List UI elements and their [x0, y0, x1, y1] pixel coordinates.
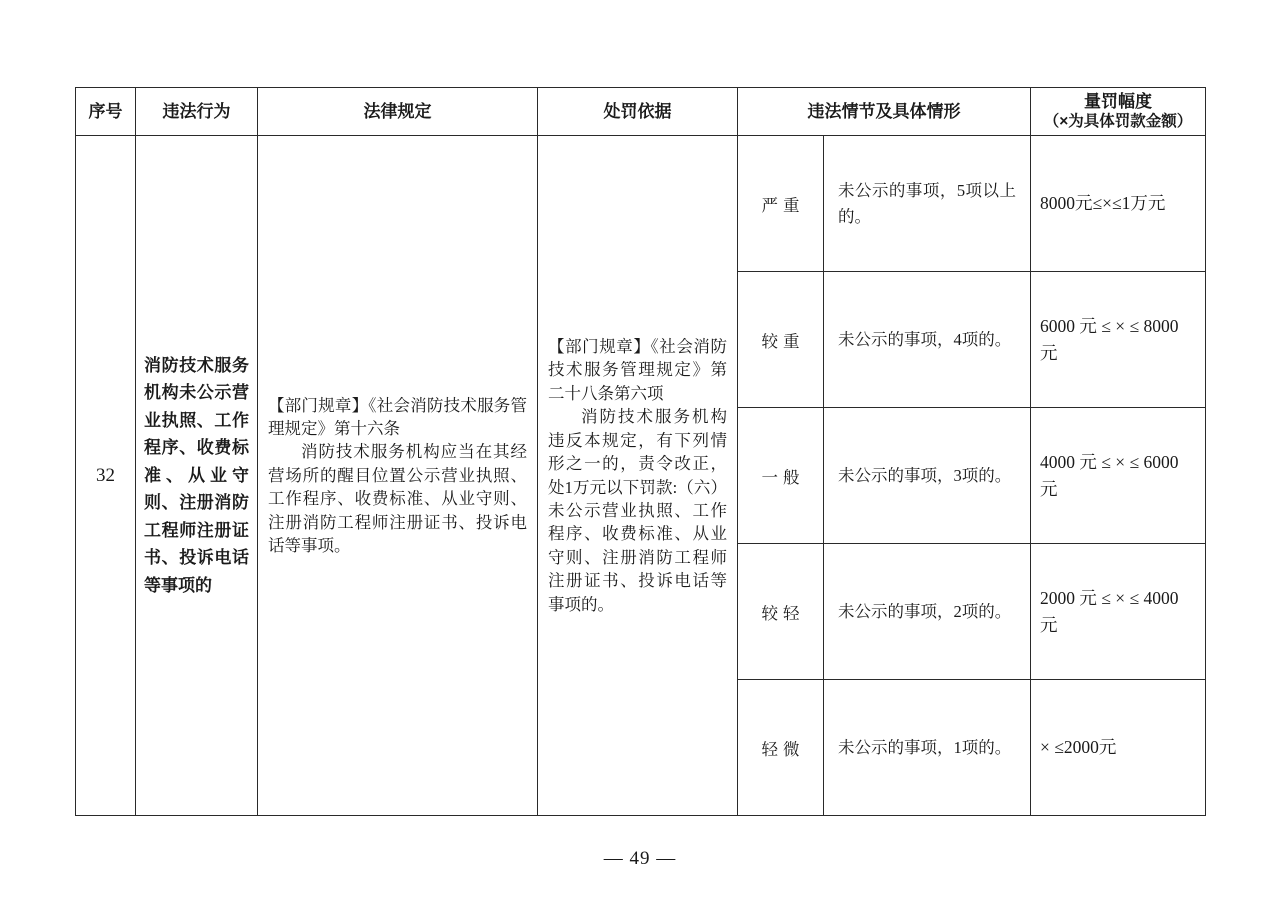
table-row-severe: 32 消防技术服务机构未公示营业执照、工作程序、收费标准、从业守则、注册消防工程…	[76, 136, 1206, 272]
penalty-range: 8000元≤×≤1万元	[1031, 190, 1205, 216]
severity-label: 一般	[738, 408, 824, 544]
legal-provision-body: 消防技术服务机构应当在其经营场所的醒目位置公示营业执照、工作程序、收费标准、从业…	[268, 440, 527, 557]
col-header-violation: 违法行为	[136, 88, 258, 136]
penalty-basis-title: 【部门规章】《社会消防技术服务管理规定》第二十八条第六项	[548, 335, 727, 405]
situation-text: 未公示的事项，4项的。	[824, 327, 1030, 353]
penalty-range-cell: 8000元≤×≤1万元	[1031, 136, 1206, 272]
violation-description: 消防技术服务机构未公示营业执照、工作程序、收费标准、从业守则、注册消防工程师注册…	[136, 352, 257, 600]
penalty-range: 2000 元 ≤ × ≤ 4000 元	[1031, 585, 1205, 638]
situation-text-cell: 未公示的事项，1项的。	[824, 680, 1031, 816]
penalty-range-cell: 6000 元 ≤ × ≤ 8000 元	[1031, 272, 1206, 408]
col-header-circumstance: 违法情节及具体情形	[738, 88, 1031, 136]
severity-label: 较轻	[738, 544, 824, 680]
penalty-range-cell: 4000 元 ≤ × ≤ 6000 元	[1031, 408, 1206, 544]
severity-label: 轻微	[738, 680, 824, 816]
serial-number: 32	[76, 136, 136, 816]
col-header-legal: 法律规定	[258, 88, 538, 136]
document-page: 序号 违法行为 法律规定 处罚依据 违法情节及具体情形 量罚幅度 （×为具体罚款…	[0, 0, 1280, 905]
severity-label: 严重	[738, 136, 824, 272]
situation-text-cell: 未公示的事项，5项以上的。	[824, 136, 1031, 272]
situation-text: 未公示的事项，1项的。	[824, 735, 1030, 761]
table-header-row: 序号 违法行为 法律规定 处罚依据 违法情节及具体情形 量罚幅度 （×为具体罚款…	[76, 88, 1206, 136]
situation-text: 未公示的事项，2项的。	[824, 599, 1030, 625]
penalty-range: 6000 元 ≤ × ≤ 8000 元	[1031, 313, 1205, 366]
legal-provision-cell: 【部门规章】《社会消防技术服务管理规定》第十六条 消防技术服务机构应当在其经营场…	[258, 136, 538, 816]
col-header-serial: 序号	[76, 88, 136, 136]
severity-label: 较重	[738, 272, 824, 408]
col-header-range-title: 量罚幅度	[1031, 91, 1205, 112]
situation-text: 未公示的事项，5项以上的。	[824, 178, 1030, 229]
penalty-range-cell: 2000 元 ≤ × ≤ 4000 元	[1031, 544, 1206, 680]
penalty-range-cell: × ≤2000元	[1031, 680, 1206, 816]
col-header-basis: 处罚依据	[538, 88, 738, 136]
situation-text-cell: 未公示的事项，3项的。	[824, 408, 1031, 544]
page-number: — 49 —	[0, 848, 1280, 870]
penalty-range: 4000 元 ≤ × ≤ 6000 元	[1031, 449, 1205, 502]
penalty-basis-body: 消防技术服务机构违反本规定，有下列情形之一的，责令改正，处1万元以下罚款:（六）…	[548, 405, 727, 616]
violation-description-cell: 消防技术服务机构未公示营业执照、工作程序、收费标准、从业守则、注册消防工程师注册…	[136, 136, 258, 816]
situation-text-cell: 未公示的事项，2项的。	[824, 544, 1031, 680]
situation-text: 未公示的事项，3项的。	[824, 463, 1030, 489]
penalty-range: × ≤2000元	[1031, 734, 1205, 760]
legal-provision-title: 【部门规章】《社会消防技术服务管理规定》第十六条	[268, 394, 527, 441]
col-header-range-subtitle: （×为具体罚款金额）	[1031, 112, 1205, 131]
penalty-discretion-table: 序号 违法行为 法律规定 处罚依据 违法情节及具体情形 量罚幅度 （×为具体罚款…	[75, 87, 1206, 816]
situation-text-cell: 未公示的事项，4项的。	[824, 272, 1031, 408]
col-header-range: 量罚幅度 （×为具体罚款金额）	[1031, 88, 1206, 136]
penalty-basis-cell: 【部门规章】《社会消防技术服务管理规定》第二十八条第六项 消防技术服务机构违反本…	[538, 136, 738, 816]
